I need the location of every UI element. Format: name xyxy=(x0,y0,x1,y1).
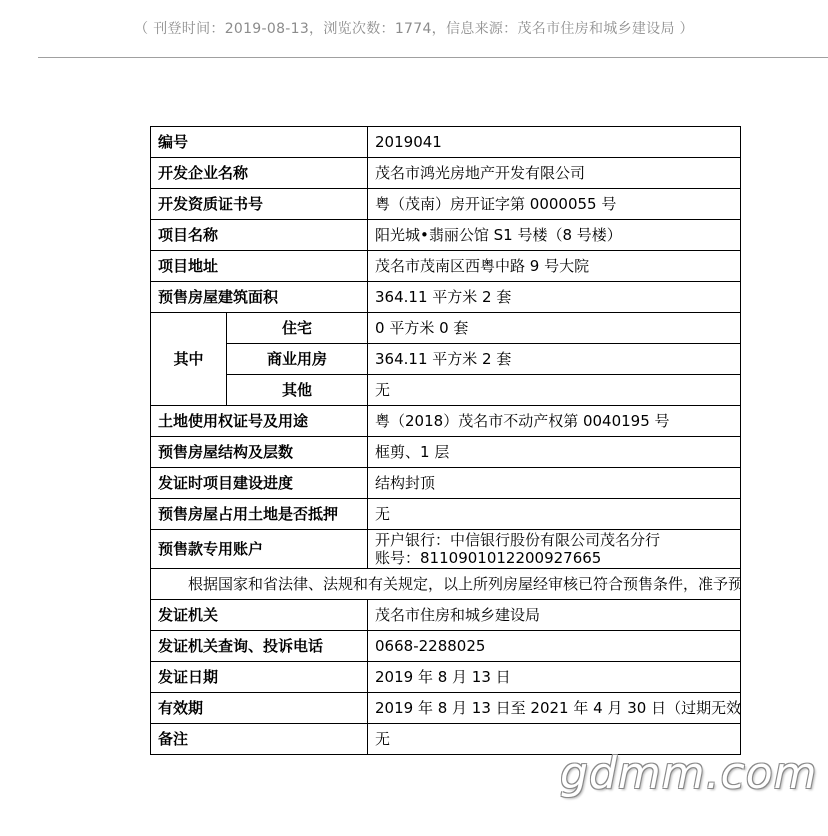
validity-value: 2019 年 8 月 13 日至 2021 年 4 月 30 日（过期无效） xyxy=(368,693,741,724)
number-value: 2019041 xyxy=(368,127,741,158)
developer-label: 开发企业名称 xyxy=(151,158,368,189)
project-address-value: 茂名市茂南区西粤中路 9 号大院 xyxy=(368,251,741,282)
table-row: 发证机关查询、投诉电话 0668-2288025 xyxy=(151,631,741,662)
site-watermark: gdmm.com xyxy=(560,748,818,799)
phone-value: 0668-2288025 xyxy=(368,631,741,662)
qualification-label: 开发资质证书号 xyxy=(151,189,368,220)
developer-value: 茂名市鸿光房地产开发有限公司 xyxy=(368,158,741,189)
table-row: 其他 无 xyxy=(151,375,741,406)
issue-date-label: 发证日期 xyxy=(151,662,368,693)
table-row: 开发资质证书号 粤（茂南）房开证字第 0000055 号 xyxy=(151,189,741,220)
mortgage-value: 无 xyxy=(368,499,741,530)
presale-permit-table: 编号 2019041 开发企业名称 茂名市鸿光房地产开发有限公司 开发资质证书号… xyxy=(150,126,741,755)
phone-label: 发证机关查询、投诉电话 xyxy=(151,631,368,662)
structure-label: 预售房屋结构及层数 xyxy=(151,437,368,468)
residential-label: 住宅 xyxy=(227,313,368,344)
issuer-value: 茂名市住房和城乡建设局 xyxy=(368,600,741,631)
account-number: 账号：8110901012200927665 xyxy=(375,549,733,567)
table-row: 项目名称 阳光城•翡丽公馆 S1 号楼（8 号楼） xyxy=(151,220,741,251)
account-bank: 开户银行：中信银行股份有限公司茂名分行 xyxy=(375,531,733,549)
presale-area-value: 364.11 平方米 2 套 xyxy=(368,282,741,313)
table-row: 有效期 2019 年 8 月 13 日至 2021 年 4 月 30 日（过期无… xyxy=(151,693,741,724)
table-row: 项目地址 茂名市茂南区西粤中路 9 号大院 xyxy=(151,251,741,282)
account-value: 开户银行：中信银行股份有限公司茂名分行 账号：81109010122009276… xyxy=(368,530,741,569)
progress-label: 发证时项目建设进度 xyxy=(151,468,368,499)
table-row: 根据国家和省法律、法规和有关规定，以上所列房屋经审核已符合预售条件，准予预售。商… xyxy=(151,569,741,600)
qualification-value: 粤（茂南）房开证字第 0000055 号 xyxy=(368,189,741,220)
project-name-label: 项目名称 xyxy=(151,220,368,251)
header-divider xyxy=(38,57,828,58)
other-value: 无 xyxy=(368,375,741,406)
other-label: 其他 xyxy=(227,375,368,406)
progress-value: 结构封顶 xyxy=(368,468,741,499)
mortgage-label: 预售房屋占用土地是否抵押 xyxy=(151,499,368,530)
table-row: 发证时项目建设进度 结构封顶 xyxy=(151,468,741,499)
publish-info: （ 刊登时间：2019-08-13，浏览次数：1774，信息来源：茂名市住房和城… xyxy=(0,18,828,38)
table-row: 预售房屋建筑面积 364.11 平方米 2 套 xyxy=(151,282,741,313)
table-row: 发证机关 茂名市住房和城乡建设局 xyxy=(151,600,741,631)
issue-date-value: 2019 年 8 月 13 日 xyxy=(368,662,741,693)
project-name-value: 阳光城•翡丽公馆 S1 号楼（8 号楼） xyxy=(368,220,741,251)
account-label: 预售款专用账户 xyxy=(151,530,368,569)
table-row: 预售款专用账户 开户银行：中信银行股份有限公司茂名分行 账号：811090101… xyxy=(151,530,741,569)
commercial-label: 商业用房 xyxy=(227,344,368,375)
table-row: 发证日期 2019 年 8 月 13 日 xyxy=(151,662,741,693)
number-label: 编号 xyxy=(151,127,368,158)
approval-statement: 根据国家和省法律、法规和有关规定，以上所列房屋经审核已符合预售条件，准予预售。商… xyxy=(151,569,741,600)
table-row: 开发企业名称 茂名市鸿光房地产开发有限公司 xyxy=(151,158,741,189)
breakdown-label: 其中 xyxy=(151,313,227,406)
land-cert-label: 土地使用权证号及用途 xyxy=(151,406,368,437)
table-row: 预售房屋占用土地是否抵押 无 xyxy=(151,499,741,530)
residential-value: 0 平方米 0 套 xyxy=(368,313,741,344)
commercial-value: 364.11 平方米 2 套 xyxy=(368,344,741,375)
table-row: 编号 2019041 xyxy=(151,127,741,158)
structure-value: 框剪、1 层 xyxy=(368,437,741,468)
table-row: 预售房屋结构及层数 框剪、1 层 xyxy=(151,437,741,468)
presale-area-label: 预售房屋建筑面积 xyxy=(151,282,368,313)
table-row: 其中 住宅 0 平方米 0 套 xyxy=(151,313,741,344)
land-cert-value: 粤（2018）茂名市不动产权第 0040195 号 xyxy=(368,406,741,437)
remarks-label: 备注 xyxy=(151,724,368,755)
issuer-label: 发证机关 xyxy=(151,600,368,631)
project-address-label: 项目地址 xyxy=(151,251,368,282)
validity-label: 有效期 xyxy=(151,693,368,724)
table-row: 土地使用权证号及用途 粤（2018）茂名市不动产权第 0040195 号 xyxy=(151,406,741,437)
table-row: 商业用房 364.11 平方米 2 套 xyxy=(151,344,741,375)
